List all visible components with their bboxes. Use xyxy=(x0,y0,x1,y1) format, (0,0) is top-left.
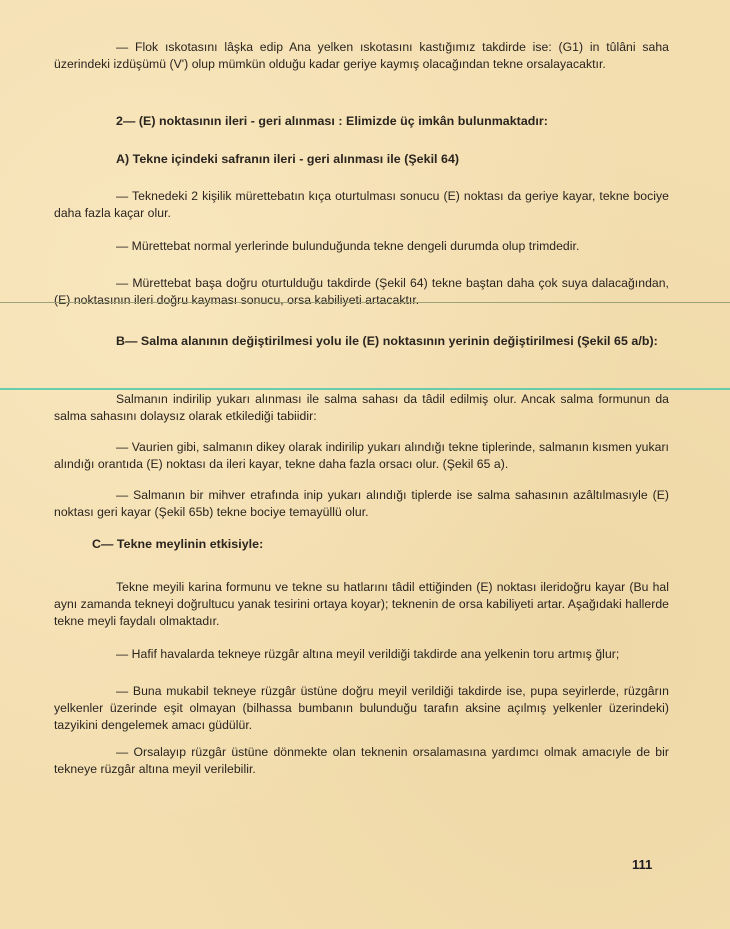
book-page: — Flok ıskotasını lâşka edip Ana yelken … xyxy=(0,0,730,929)
paragraph-vaurien: — Vaurien gibi, salmanın dikey olarak in… xyxy=(54,439,669,473)
heading-section-c: C— Tekne meylinin etkisiyle: xyxy=(92,536,652,553)
paragraph-flok-iskota: — Flok ıskotasını lâşka edip Ana yelken … xyxy=(54,39,669,73)
paragraph-crew-normal: — Mürettebat normal yerlerinde bulunduğu… xyxy=(54,238,669,255)
print-rule-line-teal xyxy=(0,388,730,390)
paragraph-hafif-havalar: — Hafif havalarda tekneye rüzgâr altına … xyxy=(54,646,669,663)
paragraph-tekne-meyili: Tekne meyili karina formunu ve tekne su … xyxy=(54,579,669,630)
paragraph-salma-sahasi: Salmanın indirilip yukarı alınması ile s… xyxy=(54,391,669,425)
heading-section-a: A) Tekne içindeki safranın ileri - geri … xyxy=(116,151,676,168)
print-rule-line xyxy=(0,302,730,303)
paragraph-mihver: — Salmanın bir mihver etrafında inip yuk… xyxy=(54,487,669,521)
paragraph-orsalayip: — Orsalayıp rüzgâr üstüne dönmekte olan … xyxy=(54,744,669,778)
paragraph-crew-aft: — Teknedeki 2 kişilik mürettebatın kıça … xyxy=(54,188,669,222)
heading-section-b: B— Salma alanının değiştirilmesi yolu il… xyxy=(54,333,669,350)
paragraph-crew-forward: — Mürettebat başa doğru oturtulduğu takd… xyxy=(54,275,669,309)
heading-section-2: 2— (E) noktasının ileri - geri alınması … xyxy=(116,113,676,130)
page-number: 111 xyxy=(632,857,652,872)
paragraph-buna-mukabil: — Buna mukabil tekneye rüzgâr üstüne doğ… xyxy=(54,683,669,734)
